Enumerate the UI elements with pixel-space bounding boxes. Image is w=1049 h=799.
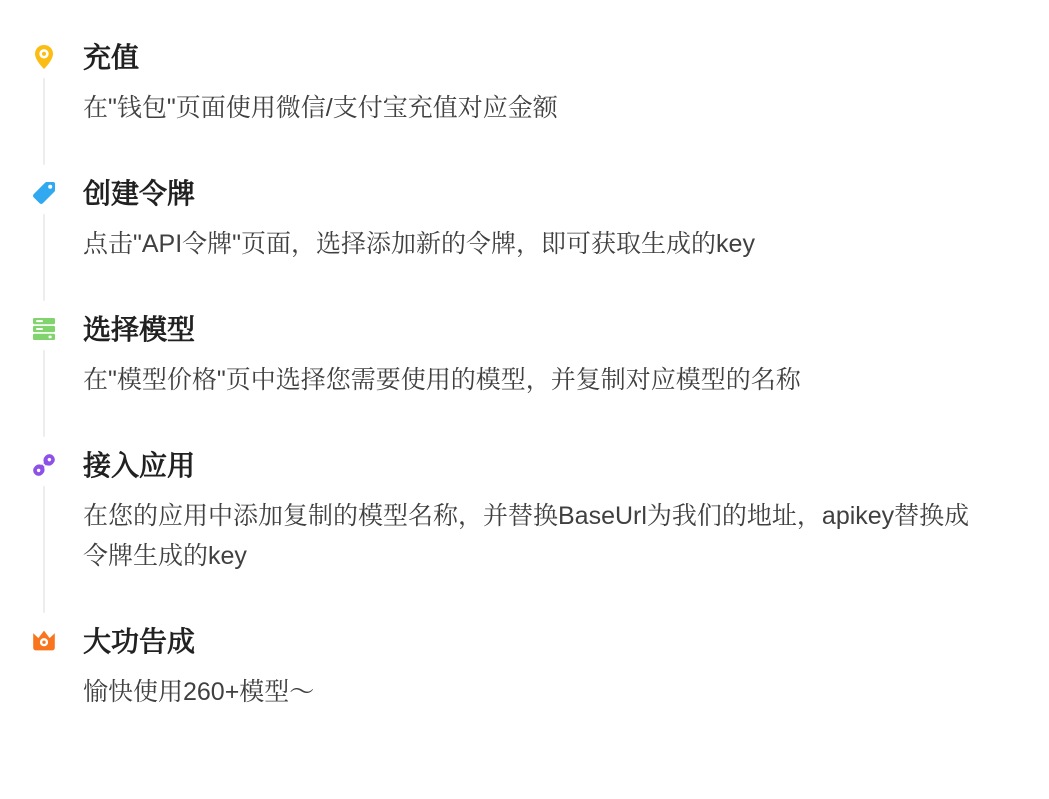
step-description: 在您的应用中添加复制的模型名称，并替换BaseUrl为我们的地址，apikey替…: [83, 496, 971, 576]
step-title: 选择模型: [83, 312, 971, 348]
timeline-rail: [30, 176, 58, 312]
tag-icon: [30, 179, 58, 207]
step-description: 在"钱包"页面使用微信/支付宝充值对应金额: [83, 88, 971, 128]
quick-start-guide: 充值 在"钱包"页面使用微信/支付宝充值对应金额 创建令牌 点击"API令牌"页…: [0, 0, 1010, 712]
timeline-rail: [30, 312, 58, 448]
step-create-token: 创建令牌 点击"API令牌"页面，选择添加新的令牌，即可获取生成的key: [30, 176, 971, 312]
step-title: 创建令牌: [83, 176, 971, 212]
crown-icon: [30, 627, 58, 655]
step-connect-app: 接入应用 在您的应用中添加复制的模型名称，并替换BaseUrl为我们的地址，ap…: [30, 448, 971, 624]
timeline-connector: [43, 350, 45, 437]
step-title: 接入应用: [83, 448, 971, 484]
step-recharge: 充值 在"钱包"页面使用微信/支付宝充值对应金额: [30, 40, 971, 176]
timeline-rail: [30, 448, 58, 624]
step-description: 愉快使用260+模型～: [83, 672, 971, 712]
timeline-connector: [43, 214, 45, 301]
step-title: 大功告成: [83, 624, 971, 660]
step-title: 充值: [83, 40, 971, 76]
plug-icon: [30, 451, 58, 479]
step-description: 在"模型价格"页中选择您需要使用的模型，并复制对应模型的名称: [83, 360, 971, 400]
timeline-rail: [30, 40, 58, 176]
step-select-model: 选择模型 在"模型价格"页中选择您需要使用的模型，并复制对应模型的名称: [30, 312, 971, 448]
step-done: 大功告成 愉快使用260+模型～: [30, 624, 971, 712]
timeline-connector: [43, 486, 45, 613]
map-pin-icon: [30, 43, 58, 71]
timeline-rail: [30, 624, 58, 712]
timeline-connector: [43, 78, 45, 165]
step-description: 点击"API令牌"页面，选择添加新的令牌，即可获取生成的key: [83, 224, 971, 264]
server-icon: [30, 315, 58, 343]
